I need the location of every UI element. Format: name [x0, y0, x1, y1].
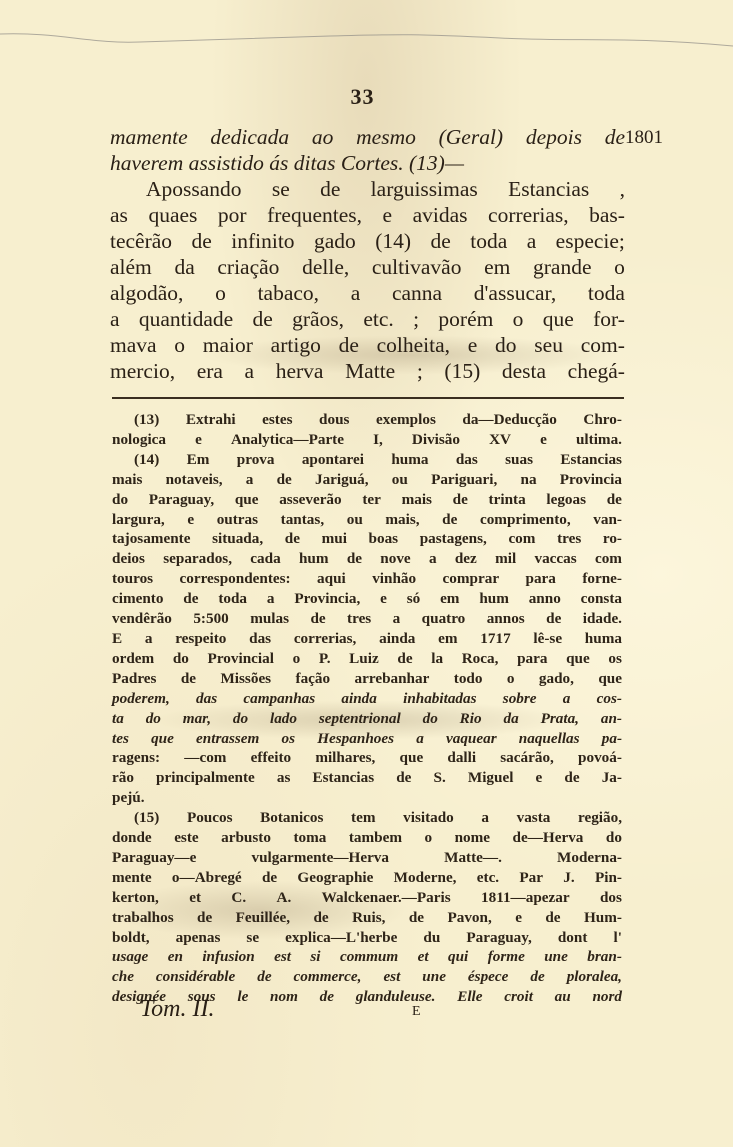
word: une [544, 947, 568, 967]
word: apontarei [302, 450, 364, 470]
word: prova [237, 450, 275, 470]
word: Estancias [560, 450, 622, 470]
word: quatro [422, 609, 466, 629]
word: além [110, 254, 152, 280]
word: ro- [603, 529, 622, 549]
word: Divisão [412, 430, 460, 450]
word: legoas [546, 490, 586, 510]
word: se [272, 176, 290, 202]
word: grãos, [292, 306, 344, 332]
word: seu [534, 332, 563, 358]
word: de [442, 510, 457, 530]
word: hum [479, 589, 509, 609]
word: principalmente [156, 768, 255, 788]
word: a [393, 609, 401, 629]
word: Prata, [541, 709, 579, 729]
word: a [246, 470, 254, 490]
word: A. [277, 888, 292, 908]
word: artigo [271, 332, 321, 358]
word: algodão, [110, 280, 183, 306]
word: Paraguay, [466, 928, 531, 948]
word: cos- [597, 689, 622, 709]
word: estes [262, 410, 292, 430]
word: C. [231, 888, 246, 908]
word: e [540, 430, 547, 450]
word: tres [557, 529, 581, 549]
word: Feuillée, [236, 908, 290, 928]
word: toda [218, 589, 247, 609]
word: se [246, 928, 259, 948]
word: et [189, 888, 201, 908]
word: a [563, 689, 571, 709]
word: a [245, 358, 255, 384]
word: Pariguari, [431, 470, 497, 490]
word: tem [351, 808, 375, 828]
word: du [423, 928, 440, 948]
word: a [110, 306, 120, 332]
word: o [425, 828, 433, 848]
word: Pin- [595, 868, 622, 888]
text-line: aquantidadedegrãos,etc.;porémoquefor- [110, 306, 625, 332]
word: notaveis, [166, 470, 223, 490]
word: as [110, 202, 128, 228]
word: (13) [134, 410, 159, 430]
word: Botanicos [260, 808, 323, 828]
word: do [173, 649, 189, 669]
word: com [595, 549, 622, 569]
word: desta [502, 358, 546, 384]
word: todo [454, 669, 483, 689]
word: de [192, 228, 212, 254]
footnote-line: vendêrão5:500mulasdetresaquatroannosdeid… [112, 609, 622, 629]
word: huma [391, 450, 428, 470]
word: o [507, 669, 515, 689]
word: Matte—. [444, 848, 502, 868]
word: Ja- [602, 768, 622, 788]
word: da [504, 709, 519, 729]
word: Paraguay—e [112, 848, 196, 868]
word: larguissimas [371, 176, 478, 202]
footnote-line: deiosseparados,cadahumdenoveadezmilvacca… [112, 549, 622, 569]
word: e [383, 202, 393, 228]
word: mesmo [356, 124, 416, 150]
word: separados, [163, 549, 232, 569]
word: os [608, 649, 622, 669]
word: a [481, 808, 489, 828]
word: do [495, 332, 517, 358]
word: mui [322, 529, 347, 549]
word: Provincia [560, 470, 622, 490]
word: Elle [457, 987, 482, 1007]
word: toma [293, 828, 326, 848]
margin-year-note: 1801 [625, 127, 663, 149]
word: Moderne, [394, 868, 457, 888]
word: do [606, 828, 622, 848]
word: das [249, 629, 271, 649]
word: inhabitadas [403, 689, 476, 709]
footnote-line: Earespeitodascorrerias,aindaem1717lê-seh… [112, 629, 622, 649]
word: do [146, 709, 161, 729]
word: depois [526, 124, 582, 150]
footnote-line: maisnotaveis,adeJariguá,ouPariguari,naPr… [112, 470, 622, 490]
word: est [274, 947, 291, 967]
word: criação [217, 254, 279, 280]
word: nove [380, 549, 410, 569]
word: ou [347, 510, 363, 530]
word: de [257, 967, 271, 987]
word: donde [112, 828, 152, 848]
word: si [310, 947, 320, 967]
word: cada [250, 549, 280, 569]
word: os [282, 729, 296, 749]
word: vaccas [534, 549, 576, 569]
footnote-line: kerton,etC.A.Walckenaer.—Paris1811—apeza… [112, 888, 622, 908]
word: l' [613, 928, 621, 948]
word: da [174, 254, 194, 280]
word: que [400, 748, 424, 768]
word: de [197, 908, 212, 928]
word: quaes [148, 202, 197, 228]
word: et [418, 947, 429, 967]
word: glanduleuse. [356, 987, 436, 1007]
footnote-separator-rule [112, 397, 624, 399]
word: sacárão, [500, 748, 554, 768]
word: explica—L'herbe [285, 928, 397, 948]
word: Paraguay, [149, 490, 214, 510]
footnote-line: doParaguay,queasseverãotermaisdetrintale… [112, 490, 622, 510]
word: só [407, 589, 421, 609]
footnote-line: poderem,dascampanhasaindainhabitadassobr… [112, 689, 622, 709]
word: de [430, 228, 450, 254]
word: est [383, 967, 400, 987]
word: trinta [489, 490, 526, 510]
footnote-line: menteo—AbregédeGeographieModerne,etc.Par… [112, 868, 622, 888]
word: situada, [212, 529, 263, 549]
word: (14) [375, 228, 411, 254]
word: mava [110, 332, 157, 358]
word: correrias, [488, 202, 569, 228]
word: de [347, 549, 362, 569]
footnote-line: (14)EmprovaapontareihumadassuasEstancias [112, 450, 622, 470]
word: toda [470, 228, 507, 254]
word: —com [184, 748, 226, 768]
word: de [339, 332, 359, 358]
footnote-line: rãoprincipalmenteasEstanciasdeS.Migueled… [112, 768, 622, 788]
word: qui [448, 947, 468, 967]
word: exemplos [376, 410, 436, 430]
footnote-line: usageeninfusionestsicommumetquiformeuneb… [112, 947, 622, 967]
word: campanhas [243, 689, 315, 709]
footnote-line: tadomar,doladoseptentrionaldoRiodaPrata,… [112, 709, 622, 729]
word: outras [217, 510, 258, 530]
footnote-line: checonsidérabledecommerce,estuneéspecede… [112, 967, 622, 987]
word: de [277, 470, 292, 490]
word: asseverão [279, 490, 341, 510]
word: herva [276, 358, 324, 384]
word: tambem [349, 828, 402, 848]
word: chegá- [568, 358, 625, 384]
word: comprimento, [480, 510, 571, 530]
word: (15) [444, 358, 480, 384]
word: nome [455, 828, 490, 848]
word: Poucos [187, 808, 233, 828]
word: região, [578, 808, 622, 828]
word: canna [392, 280, 442, 306]
word: de [310, 609, 325, 629]
word: une [422, 967, 446, 987]
word: vasta [517, 808, 551, 828]
word: Analytica—Parte [231, 430, 344, 450]
word: Hum- [584, 908, 622, 928]
word: Padres [112, 669, 156, 689]
footnote-line: PadresdeMissõesfaçãoarrebanhartodoogado,… [112, 669, 622, 689]
word: Jariguá, [315, 470, 369, 490]
word: a [429, 549, 437, 569]
word: que [235, 490, 259, 510]
word: arbusto [221, 828, 271, 848]
text-line: tecêrãodeinfinitogado(14)detodaaespecie; [110, 228, 625, 254]
word: ao [312, 124, 334, 150]
word: e [380, 589, 387, 609]
word: Provincial [208, 649, 274, 669]
footnote-line: touroscorrespondentes:aquivinhãocomprarp… [112, 569, 622, 589]
word: a [416, 729, 424, 749]
word: que [543, 306, 574, 332]
word: frequentes, [267, 202, 362, 228]
word: apenas [176, 928, 221, 948]
word: ultima. [576, 430, 622, 450]
word: avidas [413, 202, 468, 228]
word: touros [112, 569, 153, 589]
text-line: ApossandosedelarguissimasEstancias, [110, 176, 625, 202]
word: ordem [112, 649, 154, 669]
word: ; [417, 358, 423, 384]
footnote-line: trabalhosdeFeuillée,deRuis,dePavon,edeHu… [112, 908, 622, 928]
word: boas [369, 529, 399, 549]
word: a [267, 589, 275, 609]
word: Hespanhoes [317, 729, 394, 749]
word: de [320, 176, 340, 202]
word: , [620, 176, 625, 202]
word: (14) [134, 450, 159, 470]
signature-mark: E [412, 1004, 421, 1020]
word: especie; [556, 228, 625, 254]
word: vulgarmente—Herva [252, 848, 390, 868]
word: deios [112, 549, 145, 569]
word: effeito [251, 748, 291, 768]
word: annos [487, 609, 525, 629]
word: de [545, 908, 560, 928]
word: largura, [112, 510, 165, 530]
footnote-line: cimentodetodaaProvincia,esóemhumannocons… [112, 589, 622, 609]
word: Miguel [468, 768, 514, 788]
word: vinhão [372, 569, 416, 589]
word: nord [592, 987, 622, 1007]
word: che [112, 967, 134, 987]
text-line: mavaomaiorartigodecolheita,edoseucom- [110, 332, 625, 358]
word: commerce, [294, 967, 362, 987]
word: for- [593, 306, 625, 332]
word: dos [600, 888, 622, 908]
word: Par [519, 868, 543, 888]
word: Missões [220, 669, 271, 689]
word: em [438, 629, 457, 649]
word: o [513, 306, 524, 332]
word: ter [362, 490, 381, 510]
word: entrassem [196, 729, 259, 749]
footnote-line: pejú. [112, 788, 622, 808]
text-line: mercio,eraahervaMatte;(15)destachegá- [110, 358, 625, 384]
word: Moderna- [557, 848, 622, 868]
word: 5:500 [193, 609, 228, 629]
word: d'assucar, [474, 280, 556, 306]
word: nologica [112, 430, 166, 450]
word: de [530, 967, 544, 987]
word: forme [488, 947, 525, 967]
word: mulas [250, 609, 289, 629]
word: tres [347, 609, 371, 629]
word: naquellas [519, 729, 580, 749]
footnote-line: tesqueentrassemosHespanhoesavaquearnaque… [112, 729, 622, 749]
word: ainda [341, 689, 376, 709]
word: bas- [589, 202, 625, 228]
word: visitado [403, 808, 454, 828]
word: de [409, 908, 424, 928]
word: P. [319, 649, 331, 669]
word: de [183, 589, 198, 609]
word: a [527, 228, 537, 254]
word: de [285, 529, 300, 549]
word: e [468, 332, 478, 358]
word: dous [319, 410, 349, 430]
word: dez [455, 549, 477, 569]
word: tajosamente [112, 529, 190, 549]
word: I, [373, 430, 383, 450]
text-line: alémdacriaçãodelle,cultivavãoemgrandeo [110, 254, 625, 280]
word: consta [581, 589, 622, 609]
word: colheita, [377, 332, 450, 358]
word: ragens: [112, 748, 160, 768]
word: S. [434, 768, 446, 788]
word: delle, [302, 254, 349, 280]
word: e [515, 908, 522, 928]
word: em [440, 589, 459, 609]
word: idade. [583, 609, 622, 629]
word: hum [299, 549, 329, 569]
text-line: algodão,otabaco,acannad'assucar,toda [110, 280, 625, 306]
word: infinito [231, 228, 294, 254]
word: o [293, 649, 301, 669]
word: mais [112, 470, 142, 490]
word: croit [504, 987, 533, 1007]
word: le [237, 987, 248, 1007]
word: mercio, [110, 358, 175, 384]
word: de [397, 649, 412, 669]
word: Provincia, [294, 589, 360, 609]
word: e [195, 430, 202, 450]
word: grande [533, 254, 592, 280]
word: (Geral) [439, 124, 503, 150]
word: arrebanhar [355, 669, 430, 689]
word: Rio [460, 709, 482, 729]
word: en [168, 947, 183, 967]
word: infusion [202, 947, 254, 967]
word: e [536, 768, 543, 788]
word: na [521, 470, 537, 490]
word: Roca, [462, 649, 499, 669]
word: de—Herva [513, 828, 584, 848]
word: era [197, 358, 223, 384]
word: E [112, 629, 122, 649]
word: mente [112, 868, 152, 888]
word: respeito [175, 629, 226, 649]
word: o—Abregé [172, 868, 242, 888]
word: o [614, 254, 625, 280]
word: forne- [582, 569, 622, 589]
footnote-line: tajosamentesituada,demuiboaspastagens,co… [112, 529, 622, 549]
word: nom [270, 987, 298, 1007]
word: tecêrão [110, 228, 172, 254]
footnote-line: dondeestearbustotomatambemonomede—Hervad… [112, 828, 622, 848]
word: dalli [447, 748, 476, 768]
word: de [181, 669, 196, 689]
word: au [555, 987, 571, 1007]
word: usage [112, 947, 148, 967]
word: porém [438, 306, 493, 332]
word: do [233, 709, 248, 729]
footnote-line: ordemdoProvincialoP.LuizdelaRoca,paraque… [112, 649, 622, 669]
word: Em [187, 450, 210, 470]
word: la [431, 649, 443, 669]
paper-crease [0, 30, 733, 50]
word: mar, [183, 709, 211, 729]
main-body-text: mamentededicadaaomesmo(Geral)depoisde ha… [110, 124, 625, 384]
footnote-line: (15)PoucosBotanicostemvisitadoavastaregi… [112, 808, 622, 828]
word: bran- [587, 947, 622, 967]
word: a [351, 280, 361, 306]
word: do [423, 709, 438, 729]
word: kerton, [112, 888, 159, 908]
word: cultivavão [372, 254, 462, 280]
word: correrias, [294, 629, 357, 649]
word: anno [529, 589, 561, 609]
word: do [112, 490, 128, 510]
text-line: mamentededicadaaomesmo(Geral)depoisde [110, 124, 625, 150]
footnote-line: Paraguay—evulgarmente—HervaMatte—.Modern… [112, 848, 622, 868]
word: as [277, 768, 291, 788]
word: aqui [317, 569, 346, 589]
word: commum [340, 947, 398, 967]
word: mamente [110, 124, 188, 150]
word: de [546, 609, 561, 629]
word: Luiz [349, 649, 379, 669]
word: de [564, 768, 579, 788]
word: quantidade [139, 306, 233, 332]
word: ploralea, [567, 967, 622, 987]
word: (15) [134, 808, 159, 828]
word: correspondentes: [180, 569, 291, 589]
word: considérable [156, 967, 235, 987]
word: que [151, 729, 174, 749]
word: ta [112, 709, 124, 729]
word: van- [593, 510, 622, 530]
word: para [526, 569, 556, 589]
word: pa- [602, 729, 622, 749]
word: povoá- [578, 748, 622, 768]
word: para [517, 649, 547, 669]
word: XV [489, 430, 511, 450]
word: dont [558, 928, 588, 948]
